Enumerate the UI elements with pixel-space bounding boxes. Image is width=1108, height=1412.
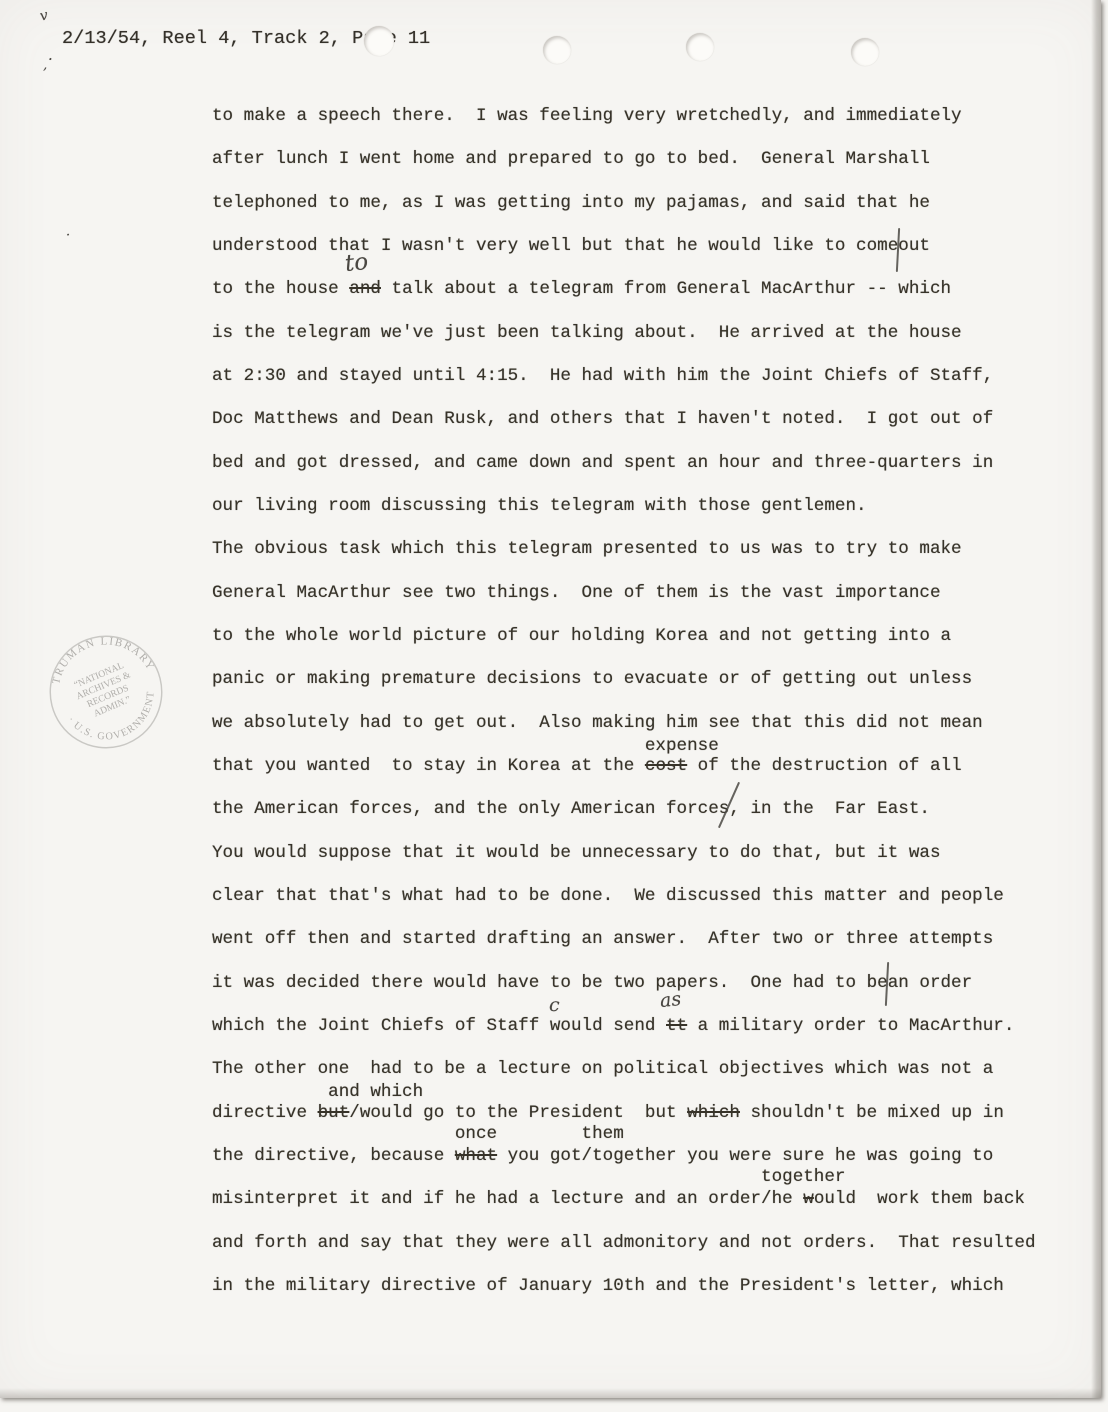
text-segment: the directive, because (212, 1146, 455, 1166)
text-segment: and which (212, 1082, 423, 1102)
text-segment: clear that that's what had to be done. W… (212, 886, 1004, 906)
typewritten-line: to the house and talk about a telegram f… (212, 279, 951, 299)
text-segment: you got/together you were sure he was go… (497, 1146, 993, 1166)
text-segment: /would go to the President but (349, 1103, 687, 1123)
text-segment: to the house (212, 279, 349, 299)
text-segment: is the telegram we've just been talking … (212, 323, 962, 343)
text-segment: panic or making premature decisions to e… (212, 669, 972, 689)
text-segment: ould work them back (814, 1189, 1025, 1209)
typed-insertion: together (212, 1167, 845, 1187)
typewritten-line: You would suppose that it would be unnec… (212, 843, 941, 863)
paper-right-edge-shadow (1091, 0, 1101, 1398)
typewritten-line: understood that I wasn't very well but t… (212, 236, 930, 256)
struck-out-text: and (349, 279, 381, 299)
typewritten-line: the directive, because what you got/toge… (212, 1146, 993, 1166)
typed-insertion: and which (212, 1082, 423, 1102)
typewritten-line: clear that that's what had to be done. W… (212, 886, 1004, 906)
typewritten-line: it was decided there would have to be tw… (212, 973, 972, 993)
text-segment: to the whole world picture of our holdin… (212, 626, 951, 646)
punch-hole (543, 36, 571, 64)
hand-note-as: as (659, 988, 682, 1012)
text-segment: went off then and started drafting an an… (212, 929, 993, 949)
paper-bottom-edge-shadow (0, 1388, 1101, 1398)
typewritten-line: we absolutely had to get out. Also makin… (212, 713, 983, 733)
text-segment: our living room discussing this telegram… (212, 496, 867, 516)
typewritten-line: The other one had to be a lecture on pol… (212, 1059, 993, 1079)
text-segment: in the military directive of January 10t… (212, 1276, 1004, 1296)
typed-insertion: once them (212, 1124, 624, 1144)
typewritten-line: panic or making premature decisions to e… (212, 669, 972, 689)
typewritten-line: and forth and say that they were all adm… (212, 1233, 1036, 1253)
typewritten-line: bed and got dressed, and came down and s… (212, 453, 993, 473)
text-segment: it was decided there would have to be tw… (212, 973, 972, 993)
typed-insertion: expense (212, 736, 719, 756)
text-segment: a military order to MacArthur. (687, 1016, 1014, 1036)
typewritten-line: the American forces, and the only Americ… (212, 799, 930, 819)
punch-hole (686, 33, 714, 61)
hand-speck-1: · (48, 50, 53, 68)
scanned-document: 2/13/54, Reel 4, Track 2, Page 11 to mak… (0, 0, 1108, 1412)
truman-library-stamp: TRUMAN LIBRARY · U.S. GOVERNMENT “NATION… (42, 628, 170, 756)
struck-out-text: w (803, 1189, 814, 1209)
text-segment: together (212, 1167, 845, 1187)
text-segment: understood that I wasn't very well but t… (212, 236, 930, 256)
text-segment: after lunch I went home and prepared to … (212, 149, 930, 169)
text-segment: at 2:30 and stayed until 4:15. He had wi… (212, 366, 993, 386)
punch-hole (851, 38, 879, 66)
typewritten-line: that you wanted to stay in Korea at the … (212, 756, 962, 776)
text-segment: The obvious task which this telegram pre… (212, 539, 962, 559)
typewritten-line: telephoned to me, as I was getting into … (212, 193, 930, 213)
text-segment: Doc Matthews and Dean Rusk, and others t… (212, 409, 993, 429)
struck-out-text: which (687, 1103, 740, 1123)
typewritten-line: directive but/would go to the President … (212, 1103, 1004, 1123)
typewritten-line: is the telegram we've just been talking … (212, 323, 962, 343)
hand-speck-2: ‚ (43, 58, 47, 73)
typewritten-line: General MacArthur see two things. One of… (212, 583, 941, 603)
typewritten-line: our living room discussing this telegram… (212, 496, 867, 516)
typewritten-line: misinterpret it and if he had a lecture … (212, 1189, 1025, 1209)
struck-out-text: but (318, 1103, 350, 1123)
text-segment: misinterpret it and if he had a lecture … (212, 1189, 803, 1209)
typewritten-line: to the whole world picture of our holdin… (212, 626, 951, 646)
text-segment: we absolutely had to get out. Also makin… (212, 713, 983, 733)
text-segment: of the destruction of all (687, 756, 962, 776)
text-segment: that you wanted to stay in Korea at the (212, 756, 645, 776)
text-segment: and forth and say that they were all adm… (212, 1233, 1036, 1253)
struck-out-text: what (455, 1146, 497, 1166)
text-segment: You would suppose that it would be unnec… (212, 843, 941, 863)
text-segment: directive (212, 1103, 318, 1123)
text-segment: The other one had to be a lecture on pol… (212, 1059, 993, 1079)
paper-sheet: 2/13/54, Reel 4, Track 2, Page 11 to mak… (0, 0, 1101, 1398)
punch-hole (364, 26, 394, 56)
text-segment: telephoned to me, as I was getting into … (212, 193, 930, 213)
text-segment: General MacArthur see two things. One of… (212, 583, 941, 603)
struck-out-text: cost (645, 756, 687, 776)
typewritten-line: The obvious task which this telegram pre… (212, 539, 962, 559)
typewritten-line: Doc Matthews and Dean Rusk, and others t… (212, 409, 993, 429)
typewritten-line: to make a speech there. I was feeling ve… (212, 106, 962, 126)
text-segment: expense (212, 736, 719, 756)
text-segment: bed and got dressed, and came down and s… (212, 453, 993, 473)
text-segment: which the Joint Chiefs of Staff would se… (212, 1016, 666, 1036)
hand-mark-v: v (38, 7, 49, 24)
typewritten-line: after lunch I went home and prepared to … (212, 149, 930, 169)
typewritten-line: at 2:30 and stayed until 4:15. He had wi… (212, 366, 993, 386)
hand-speck-3: · (66, 228, 70, 243)
struck-out-text: tt (666, 1016, 687, 1036)
text-segment: the American forces, and the only Americ… (212, 799, 930, 819)
text-segment: once them (212, 1124, 624, 1144)
text-segment: talk about a telegram from General MacAr… (381, 279, 951, 299)
typewritten-line: went off then and started drafting an an… (212, 929, 993, 949)
hand-note-c: c (549, 994, 560, 1016)
typewritten-line: in the military directive of January 10t… (212, 1276, 1004, 1296)
hand-note-to: to (344, 249, 370, 277)
typewritten-line: which the Joint Chiefs of Staff would se… (212, 1016, 1014, 1036)
text-segment: shouldn't be mixed up in (740, 1103, 1004, 1123)
text-segment: to make a speech there. I was feeling ve… (212, 106, 962, 126)
